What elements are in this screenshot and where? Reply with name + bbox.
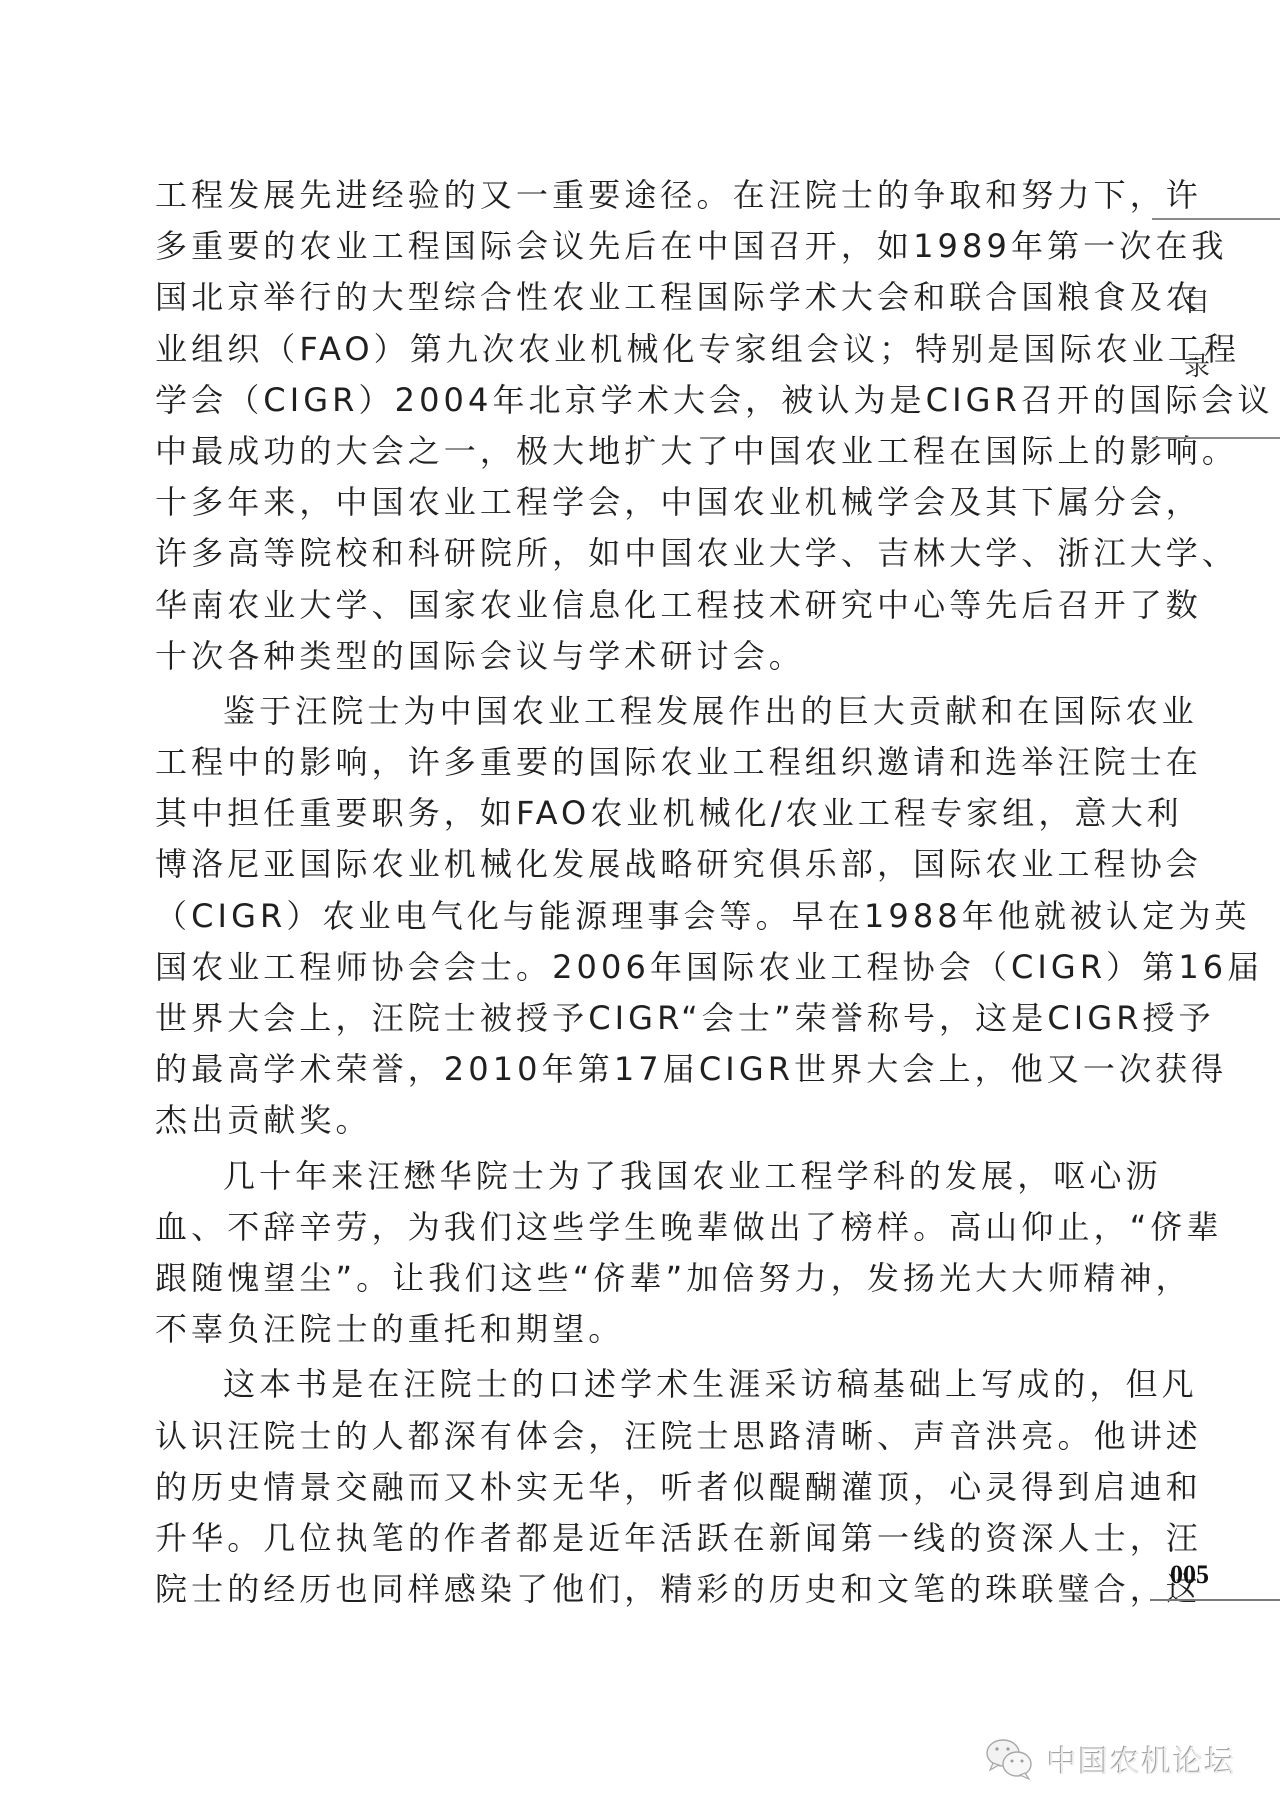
text-line: 博洛尼亚国际农业机械化发展战略研究俱乐部，国际农业工程协会 (155, 839, 1105, 890)
paragraph-4: 这本书是在汪院士的口述学术生涯采访稿基础上写成的，但凡 认识汪院士的人都深有体会… (155, 1359, 1105, 1615)
text-line: 跟随愧望尘”。让我们这些“侪辈”加倍努力，发扬光大大师精神， (155, 1253, 1105, 1304)
text-line: 的历史情景交融而又朴实无华，听者似醍醐灌顶，心灵得到启迪和 (155, 1462, 1105, 1513)
text-line: 业组织（FAO）第九次农业机械化专家组会议；特别是国际农业工程 (155, 324, 1105, 375)
page-number: 005 (1170, 1560, 1209, 1590)
text-line: 国北京举行的大型综合性农业工程国际学术大会和联合国粮食及农 (155, 272, 1105, 323)
text-line: 华南农业大学、国家农业信息化工程技术研究中心等先后召开了数 (155, 580, 1105, 631)
text-line: （CIGR）农业电气化与能源理事会等。早在1988年他就被认定为英 (155, 891, 1105, 942)
watermark-text: 中国农机论坛 (1047, 1737, 1236, 1781)
text-line: 学会（CIGR）2004年北京学术大会，被认为是CIGR召开的国际会议 (155, 375, 1105, 426)
text-line: 十次各种类型的国际会议与学术研讨会。 (155, 631, 1105, 682)
text-line: 升华。几位执笔的作者都是近年活跃在新闻第一线的资深人士，汪 (155, 1513, 1105, 1564)
text-line: 的最高学术荣誉，2010年第17届CIGR世界大会上，他又一次获得 (155, 1044, 1105, 1095)
text-line: 几十年来汪懋华院士为了我国农业工程学科的发展，呕心沥 (155, 1151, 1105, 1202)
text-line: 中最成功的大会之一，极大地扩大了中国农业工程在国际上的影响。 (155, 426, 1105, 477)
toc-label-char-1[interactable]: 目 (1182, 282, 1212, 319)
text-line: 世界大会上，汪院士被授予CIGR“会士”荣誉称号，这是CIGR授予 (155, 993, 1105, 1044)
paragraph-3: 几十年来汪懋华院士为了我国农业工程学科的发展，呕心沥 血、不辞辛劳，为我们这些学… (155, 1151, 1105, 1356)
body-text: 工程发展先进经验的又一重要途径。在汪院士的争取和努力下，许 多重要的农业工程国际… (155, 170, 1105, 1619)
paragraph-2: 鉴于汪院士为中国农业工程发展作出的巨大贡献和在国际农业 工程中的影响，许多重要的… (155, 686, 1105, 1147)
paragraph-1: 工程发展先进经验的又一重要途径。在汪院士的争取和努力下，许 多重要的农业工程国际… (155, 170, 1105, 682)
text-line: 杰出贡献奖。 (155, 1095, 1105, 1146)
text-line: 鉴于汪院士为中国农业工程发展作出的巨大贡献和在国际农业 (155, 686, 1105, 737)
toc-label-char-2[interactable]: 录 (1182, 346, 1212, 383)
text-line: 不辜负汪院士的重托和期望。 (155, 1304, 1105, 1355)
text-line: 十多年来，中国农业工程学会，中国农业机械学会及其下属分会， (155, 477, 1105, 528)
text-line: 工程中的影响，许多重要的国际农业工程组织邀请和选举汪院士在 (155, 737, 1105, 788)
text-line: 其中担任重要职务，如FAO农业机械化/农业工程专家组，意大利 (155, 788, 1105, 839)
text-line: 许多高等院校和科研院所，如中国农业大学、吉林大学、浙江大学、 (155, 528, 1105, 579)
sidebar-top-rule (1152, 218, 1280, 220)
text-line: 国农业工程师协会会士。2006年国际农业工程协会（CIGR）第16届 (155, 942, 1105, 993)
sidebar-bottom-rule (1152, 437, 1280, 439)
text-line: 多重要的农业工程国际会议先后在中国召开，如1989年第一次在我 (155, 221, 1105, 272)
text-line: 血、不辞辛劳，为我们这些学生晚辈做出了榜样。高山仰止，“侪辈 (155, 1202, 1105, 1253)
book-page: 工程发展先进经验的又一重要途径。在汪院士的争取和努力下，许 多重要的农业工程国际… (0, 0, 1280, 1813)
wechat-icon (985, 1736, 1033, 1782)
text-line: 认识汪院士的人都深有体会，汪院士思路清晰、声音洪亮。他讲述 (155, 1411, 1105, 1462)
text-line: 院士的经历也同样感染了他们，精彩的历史和文笔的珠联璧合，这 (155, 1564, 1105, 1615)
page-number-rule (1150, 1599, 1280, 1601)
text-line: 工程发展先进经验的又一重要途径。在汪院士的争取和努力下，许 (155, 170, 1105, 221)
text-line: 这本书是在汪院士的口述学术生涯采访稿基础上写成的，但凡 (155, 1359, 1105, 1410)
watermark: 中国农机论坛 (985, 1734, 1236, 1784)
